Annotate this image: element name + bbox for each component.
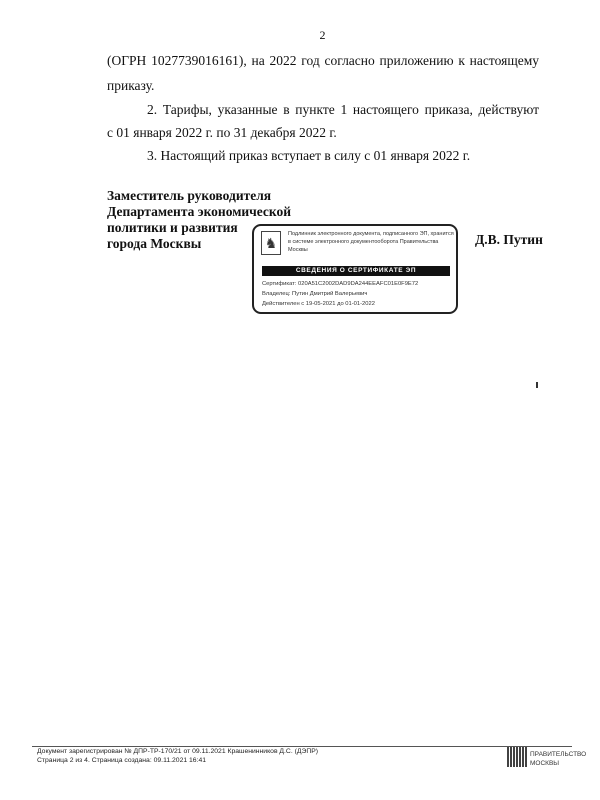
scan-artifact <box>536 382 538 388</box>
footer-brand-line: Москвы <box>530 759 586 768</box>
stamp-details: Сертификат: 020A51C2002DAD9DA244EEAFC01E… <box>262 279 454 309</box>
stamp-title: СВЕДЕНИЯ О СЕРТИФИКАТЕ ЭП <box>262 266 450 276</box>
paragraph-2-line-2: с 01 января 2022 г. по 31 декабря 2022 г… <box>107 120 539 145</box>
paragraph-1-line-2: приказу. <box>107 73 539 98</box>
paragraph-2-line-1: 2. Тарифы, указанные в пункте 1 настояще… <box>107 97 539 122</box>
paragraph-3: 3. Настоящий приказ вступает в силу с 01… <box>107 143 539 168</box>
page-number: 2 <box>0 28 600 43</box>
qr-logo-icon <box>507 747 527 767</box>
stamp-validity: Действителен с 19-05-2021 до 01-01-2022 <box>262 299 454 309</box>
paragraph-1-line-1: (ОГРН 1027739016161), на 2022 год соглас… <box>107 48 539 73</box>
footer-brand: Правительство Москвы <box>530 750 586 768</box>
stamp-header: Подлинник электронного документа, подпис… <box>288 230 454 254</box>
stamp-certificate: Сертификат: 020A51C2002DAD9DA244EEAFC01E… <box>262 279 454 289</box>
footer-page-line: Страница 2 из 4. Страница создана: 09.11… <box>37 757 318 766</box>
signer-position-line: Департамента экономической <box>107 204 291 220</box>
electronic-signature-stamp: ♞ Подлинник электронного документа, подп… <box>252 224 458 314</box>
footer-brand-line: Правительство <box>530 750 586 759</box>
coat-of-arms-icon: ♞ <box>261 231 281 255</box>
footer-registration-line: Документ зарегистрирован № ДПР-ТР-170/21… <box>37 748 318 757</box>
signer-name: Д.В. Путин <box>475 232 543 248</box>
signer-position-line: Заместитель руководителя <box>107 188 291 204</box>
footer-divider <box>32 746 572 747</box>
footer-registration: Документ зарегистрирован № ДПР-ТР-170/21… <box>37 748 318 765</box>
stamp-owner: Владелец: Путин Дмитрий Валерьевич <box>262 289 454 299</box>
